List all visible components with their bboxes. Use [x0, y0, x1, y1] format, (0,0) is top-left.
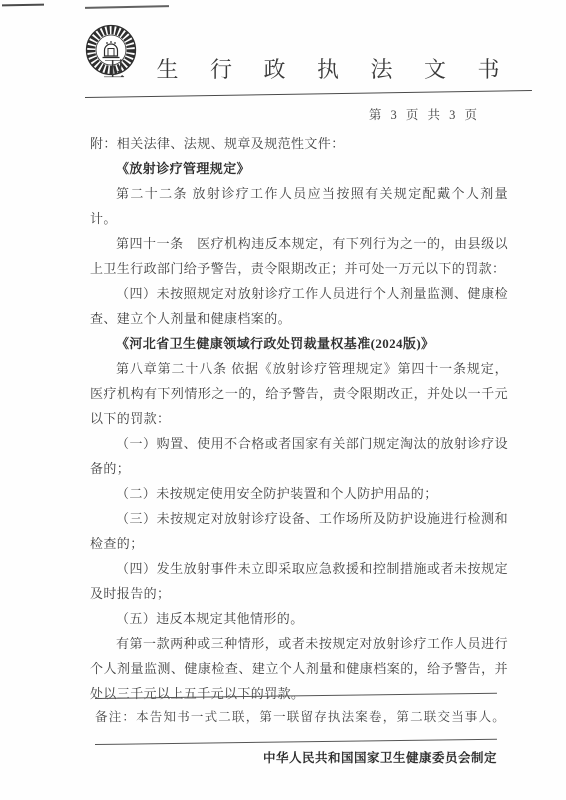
page-number-indicator: 第 3 页 共 3 页 — [90, 105, 480, 123]
footer-divider-bottom — [95, 739, 497, 745]
document-body: 附：相关法律、法规、规章及规范性文件： 《放射诊疗管理规定》 第二十二条 放射诊… — [90, 131, 508, 706]
article-41-item-4: （四）未按照规定对放射诊疗工作人员进行个人剂量监测、健康检查、建立个人剂量和健康… — [90, 281, 508, 331]
header-divider — [85, 90, 532, 98]
chapter-8-article-28: 第八章第二十八条 依据《放射诊疗管理规定》第四十一条规定，医疗机构有下列情形之一… — [90, 356, 508, 431]
item-2: （二）未按规定使用安全防护装置和个人防护用品的； — [90, 481, 508, 506]
item-3: （三）未按规定对放射诊疗设备、工作场所及防护设施进行检测和检查的； — [90, 506, 508, 556]
document-title: 卫 生 行 政 执 法 文 书 — [90, 53, 508, 84]
scan-artifact-line — [2, 4, 44, 7]
issuing-authority: 中华人民共和国国家卫生健康委员会制定 — [95, 748, 497, 766]
scanned-document-page: 卫 生 行 政 执 法 文 书 第 3 页 共 3 页 附：相关法律、法规、规章… — [0, 0, 566, 800]
item-4: （四）发生放射事件未立即采取应急救援和控制措施或者未按规定及时报告的； — [90, 556, 508, 606]
article-22: 第二十二条 放射诊疗工作人员应当按照有关规定配戴个人剂量计。 — [90, 181, 508, 231]
item-5: （五）违反本规定其他情形的。 — [90, 606, 508, 631]
article-41: 第四十一条 医疗机构违反本规定，有下列行为之一的，由县级以上卫生行政部门给予警告… — [90, 231, 508, 281]
item-1: （一）购置、使用不合格或者国家有关部门规定淘汰的放射诊疗设备的； — [90, 431, 508, 481]
footer-note: 备注：本告知书一式二联，第一联留存执法案卷，第二联交当事人。 — [95, 707, 515, 725]
hebei-standard-title: 《河北省卫生健康领域行政处罚裁量权基准(2024版)》 — [90, 331, 508, 356]
attachment-lead-line: 附：相关法律、法规、规章及规范性文件： — [90, 131, 508, 156]
regulation-title: 《放射诊疗管理规定》 — [90, 156, 508, 181]
scan-artifact-line — [85, 5, 169, 8]
